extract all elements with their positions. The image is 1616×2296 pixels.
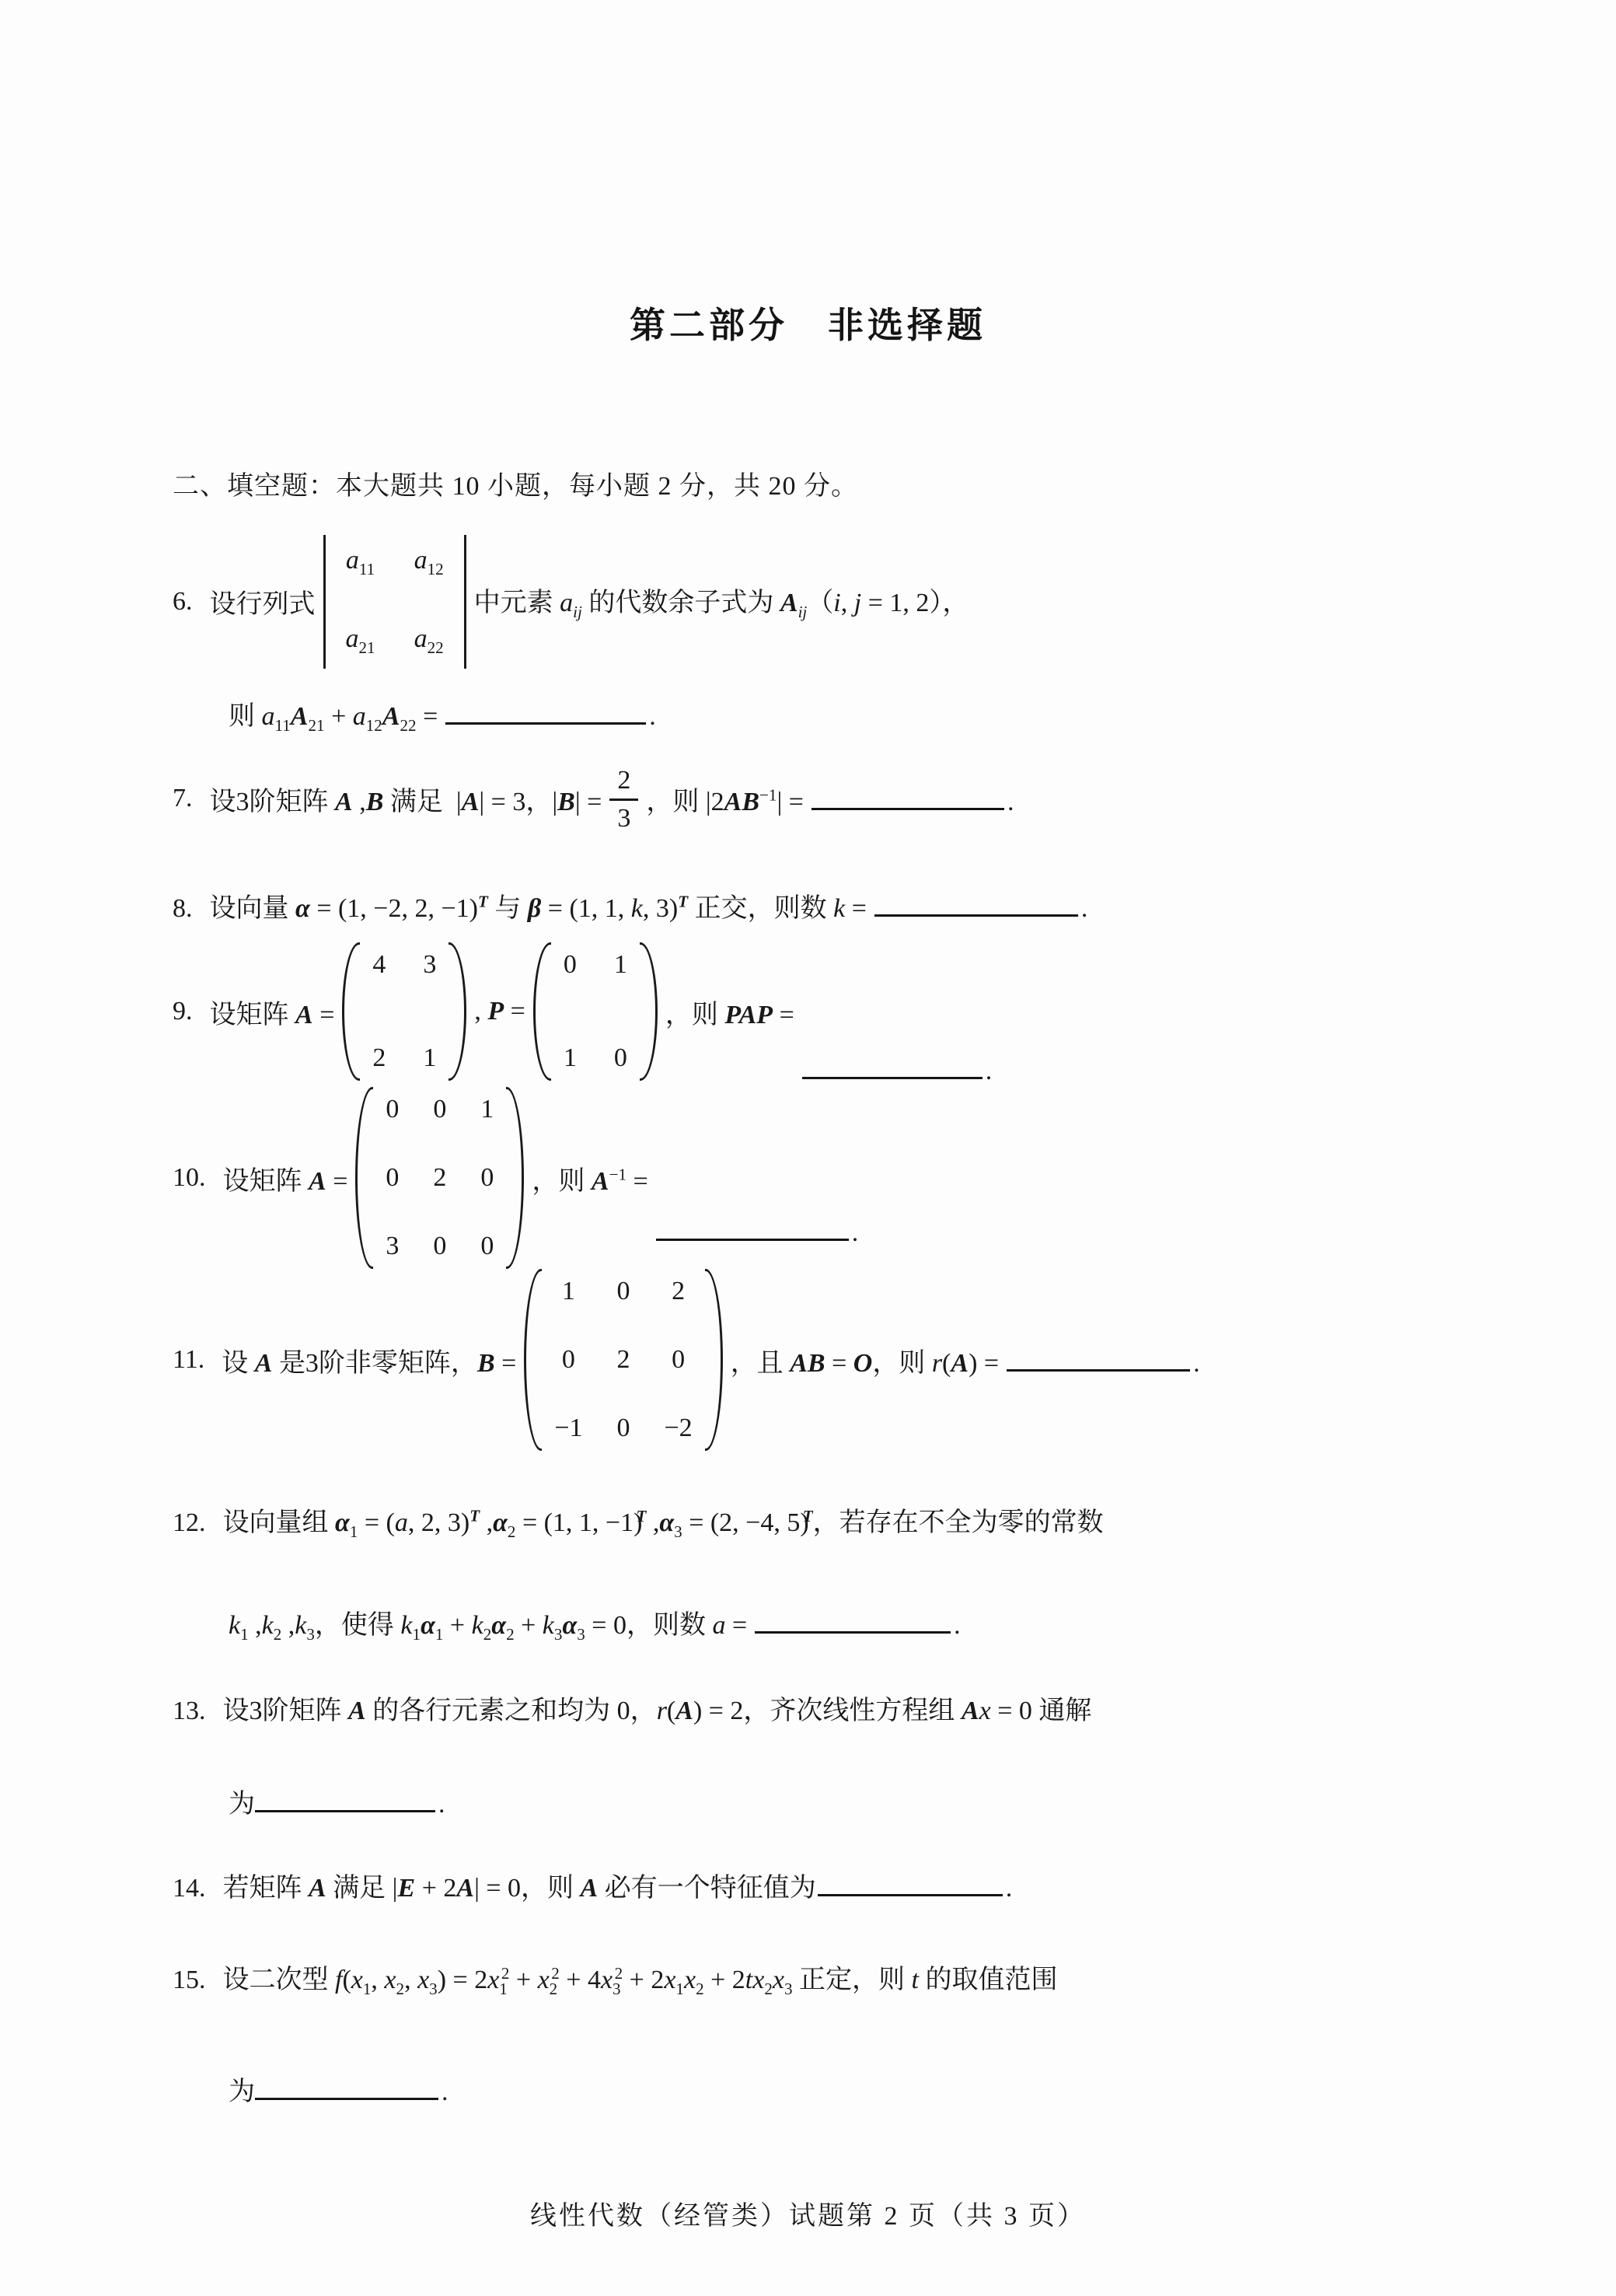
- period: .: [442, 2078, 449, 2106]
- question-12-line-2: k1 ,k2 ,k3，使得 k1α1 + k2α2 + k3α3 = 0，则数 …: [229, 1603, 961, 1644]
- question-10-text-pre: 设矩阵 A =: [223, 1159, 348, 1197]
- question-8-text: 设向量 α = (1, −2, 2, −1)T 与 β = (1, 1, k, …: [210, 894, 867, 923]
- question-11-number: 11.: [173, 1345, 204, 1375]
- fraction-two-thirds: 23: [609, 764, 638, 833]
- question-9-equation-group: ，则 PAP =.: [665, 993, 992, 1031]
- question-6-number: 6.: [173, 587, 193, 617]
- determinant-2x2: a11a12a21a22: [323, 535, 466, 669]
- matrix-a: 4321: [342, 942, 466, 1081]
- question-9-text-mid: , P =: [474, 997, 525, 1026]
- question-15-line-2: 为.: [229, 2070, 449, 2108]
- fraction-numerator: 2: [609, 764, 638, 801]
- period: .: [438, 1790, 445, 1819]
- answer-blank-q11: [1007, 1365, 1190, 1372]
- question-7-text-pre: 设3阶矩阵 A ,B 满足 |A| = 3，|B| =: [210, 780, 602, 818]
- section-heading: 二、填空题：本大题共 10 小题，每小题 2 分，共 20 分。: [173, 464, 858, 502]
- period: .: [986, 1057, 993, 1085]
- question-8: 8.设向量 α = (1, −2, 2, −1)T 与 β = (1, 1, k…: [173, 886, 1087, 924]
- question-12-number: 12.: [173, 1508, 206, 1538]
- question-9: 9. 设矩阵 A = 4321 , P = 0110 ，则 PAP =.: [173, 942, 992, 1081]
- question-14: 14.若矩阵 A 满足 |E + 2A| = 0，则 A 必有一个特征值为.: [173, 1866, 1012, 1904]
- question-13-line-2: 为.: [229, 1782, 445, 1820]
- answer-blank-q13: [255, 1805, 435, 1812]
- period: .: [649, 702, 656, 731]
- dropped-blank-wrap: .: [648, 1218, 859, 1248]
- question-14-number: 14.: [173, 1874, 206, 1903]
- matrix-p: 0110: [533, 942, 658, 1081]
- page-footer: 线性代数（经管类）试题第 2 页（共 3 页）: [0, 2194, 1616, 2232]
- answer-blank-q12: [755, 1627, 951, 1634]
- period: .: [1193, 1349, 1200, 1378]
- question-10-number: 10.: [173, 1163, 206, 1193]
- matrix-b-3x3: 102020−10−2: [524, 1269, 722, 1451]
- answer-blank-q8: [874, 910, 1078, 917]
- question-14-text: 若矩阵 A 满足 |E + 2A| = 0，则 A 必有一个特征值为: [223, 1874, 816, 1903]
- answer-blank-q15: [255, 2093, 438, 2100]
- answer-blank-q10: [656, 1234, 849, 1241]
- period: .: [1007, 788, 1014, 816]
- question-15-number: 15.: [173, 1966, 206, 1995]
- exam-page: 第二部分 非选择题 二、填空题：本大题共 10 小题，每小题 2 分，共 20 …: [0, 0, 1616, 2296]
- question-9-number: 9.: [173, 997, 193, 1026]
- answer-blank-q7: [811, 803, 1004, 810]
- question-15-text: 设二次型 f(x1, x2, x3) = 2x12 + x22 + 4x32 +…: [223, 1966, 1058, 1994]
- question-11-text-pre: 设 A 是3阶非零矩阵，B =: [222, 1341, 516, 1379]
- question-7-text-post: ，则 |2AB−1| =.: [646, 780, 1014, 818]
- dropped-blank-wrap: .: [794, 1057, 993, 1086]
- fraction-denominator: 3: [617, 801, 630, 833]
- period: .: [954, 1611, 961, 1640]
- question-6-text-post: 中元素 aij 的代数余子式为 Aij（i, j = 1, 2），: [474, 581, 969, 622]
- question-12-text: 设向量组 α1 = (a, 2, 3)T ,α2 = (1, 1, −1)T ,…: [223, 1508, 1104, 1537]
- question-10-equation-group: ，则 A−1 =.: [532, 1159, 858, 1197]
- question-6-line-2: 则 a11A21 + a12A22 =.: [229, 694, 656, 736]
- question-6-text-pre: 设行列式: [210, 582, 316, 620]
- question-7-equation: ，则 |2AB−1| =: [646, 788, 804, 816]
- part-title: 第二部分 非选择题: [0, 297, 1616, 348]
- question-11-equation: ，且 AB = O，则 r(A) =: [731, 1349, 999, 1378]
- period: .: [852, 1218, 859, 1247]
- question-6-line-1: 6. 设行列式 a11a12a21a22 中元素 aij 的代数余子式为 Aij…: [173, 535, 969, 669]
- answer-blank-q6: [445, 718, 646, 725]
- question-7: 7. 设3阶矩阵 A ,B 满足 |A| = 3，|B| = 23 ，则 |2A…: [173, 764, 1014, 833]
- question-13-line-1: 13.设3阶矩阵 A 的各行元素之和均为 0，r(A) = 2，齐次线性方程组 …: [173, 1689, 1091, 1727]
- matrix-a-3x3: 001020300: [355, 1087, 524, 1269]
- question-10: 10. 设矩阵 A = 001020300 ，则 A−1 =.: [173, 1087, 858, 1269]
- question-9-text-pre: 设矩阵 A =: [210, 993, 335, 1031]
- answer-blank-q14: [818, 1889, 1003, 1896]
- answer-blank-q9: [802, 1072, 983, 1079]
- question-12-equation: k1 ,k2 ,k3，使得 k1α1 + k2α2 + k3α3 = 0，则数 …: [229, 1611, 747, 1640]
- question-13-number: 13.: [173, 1697, 206, 1726]
- period: .: [1006, 1874, 1013, 1903]
- question-12-line-1: 12.设向量组 α1 = (a, 2, 3)T ,α2 = (1, 1, −1)…: [173, 1501, 1104, 1542]
- question-8-number: 8.: [173, 894, 193, 924]
- question-13-lead: 为: [229, 1790, 255, 1819]
- question-7-number: 7.: [173, 784, 193, 813]
- question-9-equation: ，则 PAP =: [665, 1001, 794, 1029]
- question-15-lead: 为: [229, 2078, 255, 2106]
- period: .: [1081, 894, 1088, 923]
- question-11: 11. 设 A 是3阶非零矩阵，B = 102020−10−2 ，且 AB = …: [173, 1269, 1200, 1451]
- question-10-equation: ，则 A−1 =: [532, 1167, 647, 1196]
- question-6-equation: 则 a11A21 + a12A22 =: [229, 702, 438, 731]
- question-13-text: 设3阶矩阵 A 的各行元素之和均为 0，r(A) = 2，齐次线性方程组 Ax …: [223, 1697, 1092, 1725]
- question-11-equation-group: ，且 AB = O，则 r(A) =.: [731, 1341, 1200, 1379]
- question-15-line-1: 15.设二次型 f(x1, x2, x3) = 2x12 + x22 + 4x3…: [173, 1958, 1057, 1999]
